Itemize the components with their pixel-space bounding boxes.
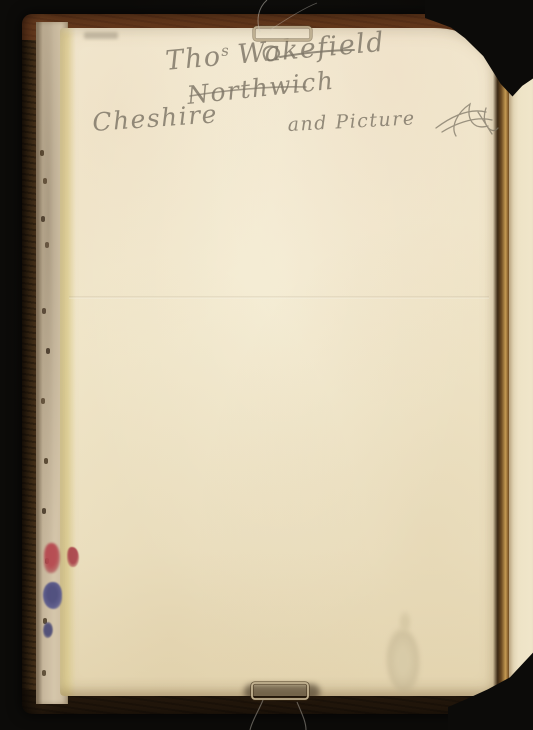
inscription-superscript: s [220, 41, 231, 60]
inscription-line3: Cheshire [91, 99, 218, 137]
inscription-line3-addendum: and Picture [287, 107, 416, 136]
wire-clasp-bottom [252, 683, 308, 699]
pencil-scribble [436, 104, 498, 136]
inscription-name-prefix: Tho [164, 41, 223, 77]
photograph-frame: ThosWakefield Northwich Cheshire and Pic… [0, 0, 533, 730]
overlay-graphics: ThosWakefield Northwich Cheshire and Pic… [0, 0, 533, 730]
loose-threads [250, 0, 317, 730]
